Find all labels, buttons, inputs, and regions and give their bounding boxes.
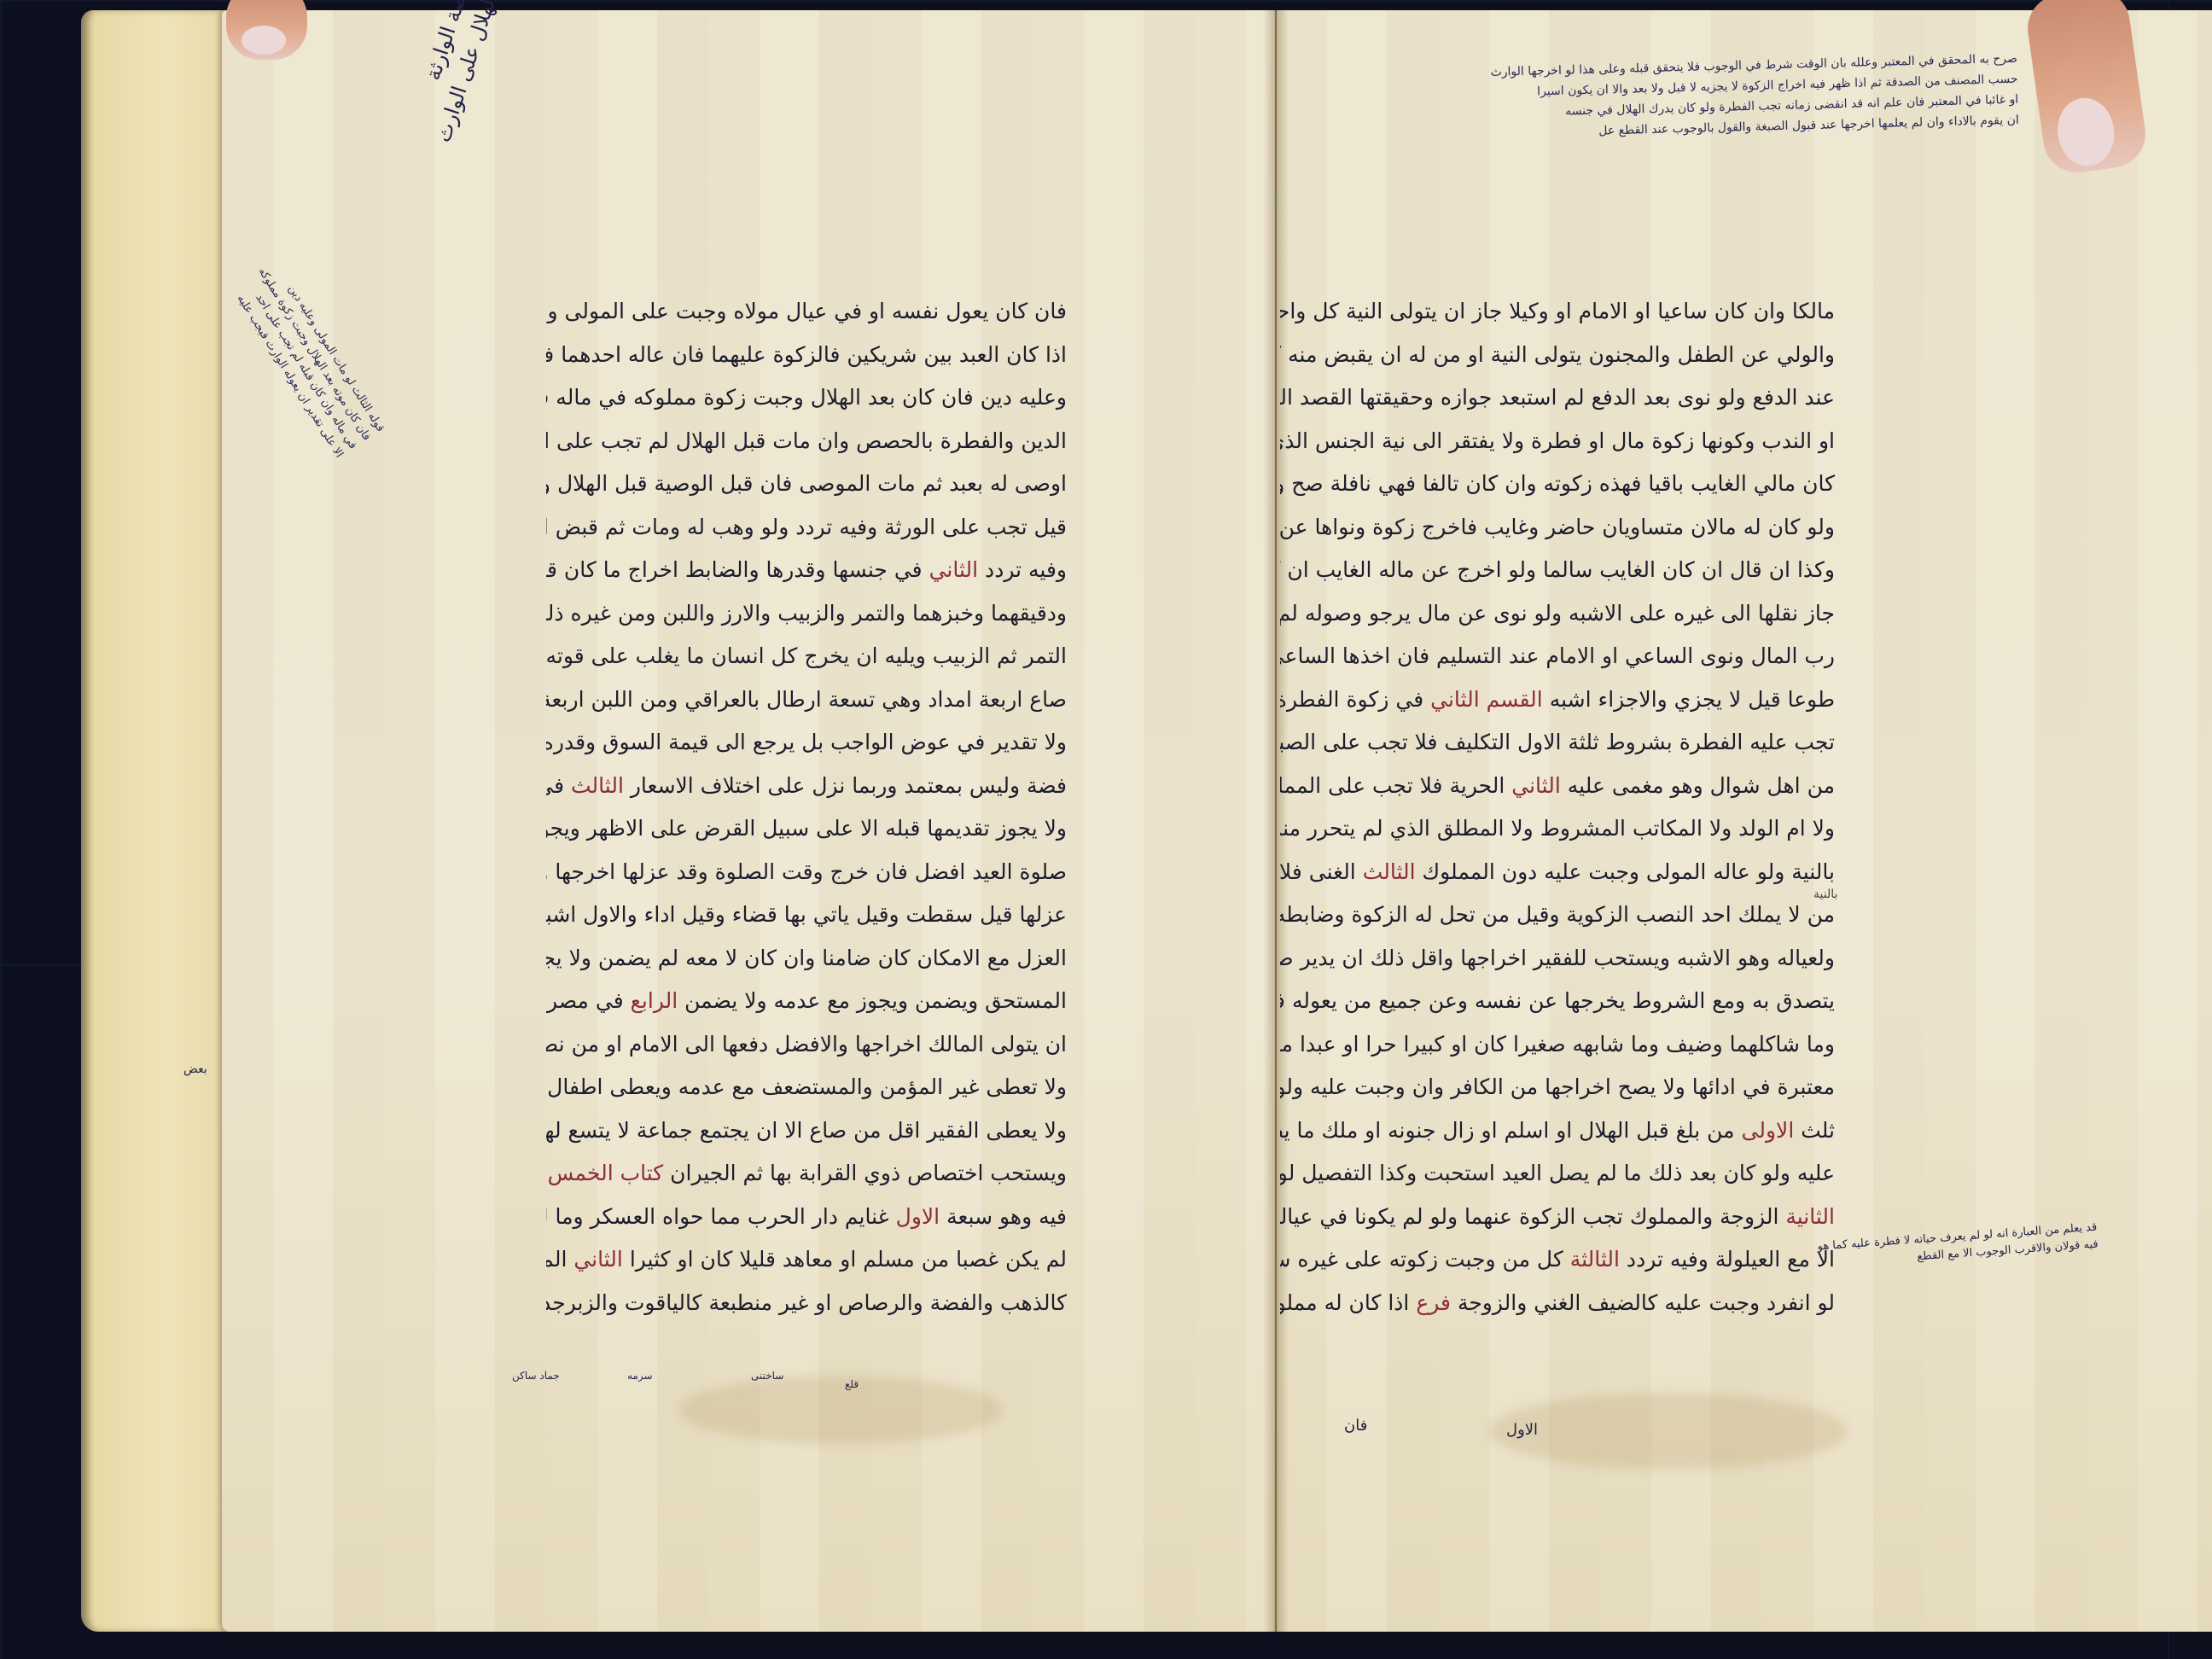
- manuscript-line: فيه وهو سبعة الاول غنايم دار الحرب مما ح…: [546, 1196, 1067, 1239]
- line-text: من بلغ قبل الهلال او اسلم او زال جنونه ا…: [1280, 1118, 1742, 1143]
- manuscript-line: او الندب وكونها زكوة مال او فطرة ولا يفت…: [1280, 420, 1835, 463]
- manuscript-line: فضة وليس بمعتمد وربما نزل على اختلاف الا…: [546, 765, 1067, 808]
- left-edge-note: بعض: [183, 1062, 207, 1076]
- right-page-main-text: مالكا وان كان ساعيا او الامام او وكيلا ج…: [1280, 290, 1835, 1324]
- rubric-word: الثاني: [573, 1247, 623, 1272]
- line-text: في جنسها وقدرها والضابط اخراج ما كان قوت…: [546, 557, 929, 582]
- line-text: رب المال ونوى الساعي او الامام عند التسل…: [1280, 643, 1835, 668]
- manuscript-line: وفيه تردد الثاني في جنسها وقدرها والضابط…: [546, 549, 1067, 592]
- bottom-gloss: سرمه: [627, 1370, 653, 1382]
- manuscript-line: يتصدق به ومع الشروط يخرجها عن نفسه وعن ج…: [1280, 980, 1835, 1023]
- rubric-word: الثالث: [571, 773, 624, 798]
- line-text: مالكا وان كان ساعيا او الامام او وكيلا ج…: [1280, 299, 1835, 323]
- line-text: اوصى له بعبد ثم مات الموصى فان قبل الوصي…: [546, 471, 1067, 496]
- line-text: فضة وليس بمعتمد وربما نزل على اختلاف الا…: [624, 773, 1067, 798]
- line-text: ولا يجوز تقديمها قبله الا على سبيل القرض…: [546, 816, 1067, 841]
- manuscript-line: والولي عن الطفل والمجنون يتولى النية او …: [1280, 334, 1835, 377]
- manuscript-line: طوعا قيل لا يجزي والاجزاء اشبه القسم الث…: [1280, 678, 1835, 722]
- manuscript-line: من لا يملك احد النصب الزكوية وقيل من تحل…: [1280, 894, 1835, 937]
- manuscript-line: ولو كان له مالان متساويان حاضر وغايب فاخ…: [1280, 506, 1835, 550]
- rubric-word: الثاني: [1511, 773, 1561, 798]
- line-text: وعليه دين فان كان بعد الهلال وجبت زكوة م…: [546, 385, 1067, 410]
- line-text: لو انفرد وجبت عليه كالضيف الغني والزوجة: [1451, 1290, 1835, 1315]
- line-text: عند الدفع ولو نوى بعد الدفع لم استبعد جو…: [1280, 385, 1835, 410]
- line-text: اذا كان له مملوك غايب يعرف حياته: [1280, 1290, 1416, 1315]
- line-text: الحرية فلا تجب على المملوك ولو قيل يملك …: [1280, 773, 1511, 798]
- line-text: ويستحب اختصاص ذوي القرابة بها ثم الجيران: [663, 1161, 1067, 1185]
- line-text: الدين والفطرة بالحصص وان مات قبل الهلال …: [546, 428, 1067, 453]
- manuscript-line: التمر ثم الزبيب ويليه ان يخرج كل انسان م…: [546, 635, 1067, 678]
- manuscript-line: ثلث الاولى من بلغ قبل الهلال او اسلم او …: [1280, 1109, 1835, 1153]
- manuscript-line: من اهل شوال وهو مغمى عليه الثاني الحرية …: [1280, 765, 1835, 808]
- bottom-gloss: قلع: [845, 1378, 859, 1390]
- manuscript-line: صلوة العيد افضل فان خرج وقت الصلوة وقد ع…: [546, 851, 1067, 894]
- line-text: غنايم دار الحرب مما حواه العسكر وما لم ي…: [546, 1204, 896, 1229]
- manuscript-line: ان يتولى المالك اخراجها والافضل دفعها ال…: [546, 1023, 1067, 1067]
- line-text: اذا كان العبد بين شريكين فالزكوة عليهما …: [546, 342, 1067, 367]
- manuscript-line: لو انفرد وجبت عليه كالضيف الغني والزوجة …: [1280, 1282, 1835, 1325]
- line-text: ولعياله وهو الاشبه ويستحب للفقير اخراجها…: [1280, 946, 1835, 970]
- manuscript-line: قيل تجب على الورثة وفيه تردد ولو وهب له …: [546, 506, 1067, 550]
- manuscript-line: وكذا ان قال ان كان الغايب سالما ولو اخرج…: [1280, 549, 1835, 592]
- manuscript-line: ولعياله وهو الاشبه ويستحب للفقير اخراجها…: [1280, 937, 1835, 981]
- line-text: جاز نقلها الى غيره على الاشبه ولو نوى عن…: [1280, 601, 1835, 626]
- manuscript-line: اذا كان العبد بين شريكين فالزكوة عليهما …: [546, 334, 1067, 377]
- line-text: وفيه تردد: [978, 557, 1067, 582]
- manuscript-line: رب المال ونوى الساعي او الامام عند التسل…: [1280, 635, 1835, 678]
- line-text: العزل مع الامكان كان ضامنا وان كان لا مع…: [546, 946, 1067, 970]
- rubric-word: الاولى: [1742, 1118, 1795, 1143]
- line-text: ودقيقهما وخبزهما والتمر والزبيب والارز و…: [546, 601, 1067, 626]
- line-text: فيه وهو سبعة: [940, 1204, 1067, 1229]
- rubric-word: الثانية: [1785, 1204, 1835, 1229]
- rubric-word: كتاب الخمس: [548, 1161, 664, 1185]
- manuscript-line: وما شاكلهما وضيف وما شابهه صغيرا كان او …: [1280, 1023, 1835, 1067]
- manuscript-line: جاز نقلها الى غيره على الاشبه ولو نوى عن…: [1280, 592, 1835, 636]
- rubric-word: فرع: [1416, 1290, 1451, 1315]
- manuscript-line: تجب عليه الفطرة بشروط ثلثة الاول التكليف…: [1280, 721, 1835, 765]
- line-text: قيل تجب على الورثة وفيه تردد ولو وهب له …: [546, 515, 1067, 539]
- water-stain: [678, 1376, 1003, 1444]
- line-text: صلوة العيد افضل فان خرج وقت الصلوة وقد ع…: [546, 859, 1067, 884]
- open-manuscript: [81, 10, 2155, 1636]
- manuscript-line: عزلها قيل سقطت وقيل ياتي بها قضاء وقيل ا…: [546, 894, 1067, 937]
- catchword: الاول: [1506, 1421, 1538, 1439]
- line-text: الزوجة والمملوك تجب الزكوة عنهما ولو لم …: [1280, 1204, 1785, 1229]
- manuscript-line: لم يكن غصبا من مسلم او معاهد قليلا كان ا…: [546, 1238, 1067, 1282]
- line-text: ولا يعطى الفقير اقل من صاع الا ان يجتمع …: [546, 1118, 1067, 1143]
- manuscript-line: ولا يعطى الفقير اقل من صاع الا ان يجتمع …: [546, 1109, 1067, 1153]
- manuscript-line: الثانية الزوجة والمملوك تجب الزكوة عنهما…: [1280, 1196, 1835, 1239]
- line-text: عزلها قيل سقطت وقيل ياتي بها قضاء وقيل ا…: [546, 902, 1067, 927]
- fingernail: [2053, 95, 2118, 170]
- rubric-word: الثالثة: [1570, 1247, 1620, 1272]
- manuscript-line: كان مالي الغايب باقيا فهذه زكوته وان كان…: [1280, 463, 1835, 506]
- manuscript-line: ولا تقدير في عوض الواجب بل يرجع الى قيمة…: [546, 721, 1067, 765]
- line-text: المعادن سواء كان منطبعة: [546, 1247, 573, 1272]
- line-text: من اهل شوال وهو مغمى عليه: [1561, 773, 1835, 798]
- manuscript-line: اوصى له بعبد ثم مات الموصى فان قبل الوصي…: [546, 463, 1067, 506]
- rubric-word: الرابع: [631, 988, 678, 1013]
- manuscript-line: العزل مع الامكان كان ضامنا وان كان لا مع…: [546, 937, 1067, 981]
- line-text: يتصدق به ومع الشروط يخرجها عن نفسه وعن ج…: [1280, 988, 1835, 1013]
- manuscript-line: معتبرة في ادائها ولا يصح اخراجها من الكا…: [1280, 1066, 1835, 1109]
- left-page-main-text: فان كان يعول نفسه او في عيال مولاه وجبت …: [546, 290, 1067, 1324]
- line-text: كالذهب والفضة والرصاص او غير منطبعة كالي…: [546, 1290, 1067, 1315]
- line-text: ولو كان له مالان متساويان حاضر وغايب فاخ…: [1280, 515, 1835, 539]
- line-text: الغنى فلا تجب على الفقير وهو: [1280, 859, 1363, 884]
- line-text: المستحق ويضمن ويجوز مع عدمه ولا يضمن: [678, 988, 1067, 1013]
- manuscript-line: مالكا وان كان ساعيا او الامام او وكيلا ج…: [1280, 290, 1835, 334]
- line-text: كل من وجبت زكوته على غيره سقطت عن نفسه و…: [1280, 1247, 1570, 1272]
- manuscript-line: فان كان يعول نفسه او في عيال مولاه وجبت …: [546, 290, 1067, 334]
- bottom-gloss: جماد ساكن: [512, 1370, 560, 1382]
- line-text: بالنية ولو عاله المولى وجبت عليه دون الم…: [1416, 859, 1835, 884]
- line-text: وما شاكلهما وضيف وما شابهه صغيرا كان او …: [1280, 1032, 1835, 1057]
- line-text: ولا ام الولد ولا المكاتب المشروط ولا الم…: [1280, 816, 1835, 841]
- line-text: في زكوة الفطرة واركانها اربعة: [1280, 687, 1430, 712]
- manuscript-line: بالنية ولو عاله المولى وجبت عليه دون الم…: [1280, 851, 1835, 894]
- fingernail: [242, 26, 286, 55]
- line-text: فان كان يعول نفسه او في عيال مولاه وجبت …: [546, 299, 1067, 323]
- line-text: وكذا ان قال ان كان الغايب سالما ولو اخرج…: [1280, 557, 1835, 582]
- manuscript-line: ولا ام الولد ولا المكاتب المشروط ولا الم…: [1280, 807, 1835, 851]
- manuscript-line: كالذهب والفضة والرصاص او غير منطبعة كالي…: [546, 1282, 1067, 1325]
- holding-finger-left: [226, 0, 307, 60]
- bottom-gloss: ساختنی: [751, 1370, 783, 1382]
- water-stain: [1489, 1393, 1848, 1470]
- line-text: ولا تعطى غير المؤمن والمستضعف مع عدمه وي…: [546, 1074, 1067, 1099]
- line-text: من لا يملك احد النصب الزكوية وقيل من تحل…: [1280, 902, 1835, 927]
- line-text: التمر ثم الزبيب ويليه ان يخرج كل انسان م…: [546, 643, 1067, 668]
- line-text: في مصرفها وهو مصرف زكوة المال ويجوز: [546, 988, 631, 1013]
- line-text: معتبرة في ادائها ولا يصح اخراجها من الكا…: [1280, 1074, 1835, 1099]
- bottom-note: فان: [1344, 1417, 1367, 1435]
- line-text: عليه ولو كان بعد ذلك ما لم يصل العيد است…: [1280, 1161, 1835, 1185]
- manuscript-line: ودقيقهما وخبزهما والتمر والزبيب والارز و…: [546, 592, 1067, 636]
- line-text: طوعا قيل لا يجزي والاجزاء اشبه: [1543, 687, 1835, 712]
- rubric-word: الاول: [896, 1204, 940, 1229]
- line-text: كان مالي الغايب باقيا فهذه زكوته وان كان…: [1280, 471, 1835, 496]
- rubric-word: الثاني: [929, 557, 979, 582]
- manuscript-line: الدين والفطرة بالحصص وان مات قبل الهلال …: [546, 420, 1067, 463]
- rubric-word: الثالث: [1363, 859, 1416, 884]
- line-text: لم يكن غصبا من مسلم او معاهد قليلا كان ا…: [623, 1247, 1067, 1272]
- line-text: صاع اربعة امداد وهي تسعة ارطال بالعراقي …: [546, 687, 1067, 712]
- manuscript-line: عند الدفع ولو نوى بعد الدفع لم استبعد جو…: [1280, 376, 1835, 420]
- line-text: ثلث: [1794, 1118, 1835, 1143]
- line-text: او الندب وكونها زكوة مال او فطرة ولا يفت…: [1280, 428, 1835, 453]
- line-text: والولي عن الطفل والمجنون يتولى النية او …: [1280, 342, 1835, 367]
- rubric-word: القسم الثاني: [1430, 687, 1543, 712]
- line-text: في وقتها وتجب بهلال شوال: [546, 773, 571, 798]
- line-text: ولا تقدير في عوض الواجب بل يرجع الى قيمة…: [546, 730, 1067, 754]
- line-text: الا مع العيلولة وفيه تردد: [1620, 1247, 1835, 1272]
- right-margin-gloss: بالنية: [1813, 888, 1837, 901]
- manuscript-line: عليه ولو كان بعد ذلك ما لم يصل العيد است…: [1280, 1152, 1835, 1196]
- manuscript-line: وعليه دين فان كان بعد الهلال وجبت زكوة م…: [546, 376, 1067, 420]
- line-text: ان يتولى المالك اخراجها والافضل دفعها ال…: [546, 1032, 1067, 1057]
- manuscript-line: المستحق ويضمن ويجوز مع عدمه ولا يضمن الر…: [546, 980, 1067, 1023]
- manuscript-line: ولا تعطى غير المؤمن والمستضعف مع عدمه وي…: [546, 1066, 1067, 1109]
- manuscript-line: ولا يجوز تقديمها قبله الا على سبيل القرض…: [546, 807, 1067, 851]
- manuscript-line: صاع اربعة امداد وهي تسعة ارطال بالعراقي …: [546, 678, 1067, 722]
- manuscript-line: الا مع العيلولة وفيه تردد الثالثة كل من …: [1280, 1238, 1835, 1282]
- line-text: تجب عليه الفطرة بشروط ثلثة الاول التكليف…: [1280, 730, 1835, 754]
- manuscript-line: ويستحب اختصاص ذوي القرابة بها ثم الجيران…: [546, 1152, 1067, 1196]
